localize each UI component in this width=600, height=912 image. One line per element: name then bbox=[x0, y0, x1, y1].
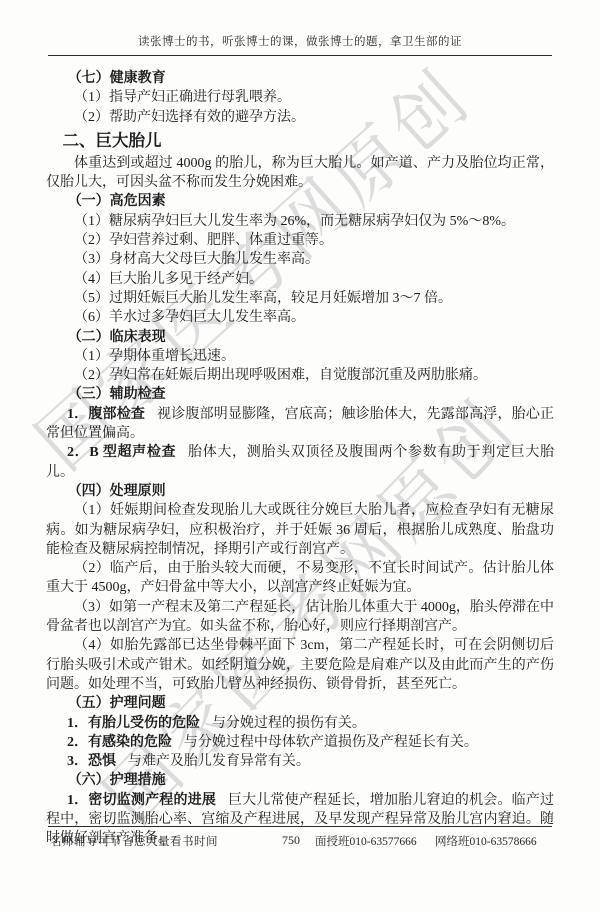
numbered-item: 2．有感染的危险与分娩过程中母体软产道损伤及产程延长有关。 bbox=[46, 733, 554, 752]
paragraph: （1）指导产妇正确进行母乳喂养。 bbox=[46, 88, 554, 107]
section-heading: （七）健康教育 bbox=[46, 69, 554, 88]
header-slogan: 读张博士的书，听张博士的课，做张博士的题，拿卫生部的证 bbox=[48, 33, 552, 49]
paragraph: （2）临产后，由于胎头较大而硬，不易变形，不宜长时间试产。估计胎儿体重大于 45… bbox=[46, 559, 554, 598]
section-heading: （四）处理原则 bbox=[46, 482, 554, 501]
paragraph: （2）孕妇常在妊娠后期出现呼吸困难，自觉腹部沉重及两肋胀痛。 bbox=[46, 366, 554, 385]
item-lead: 2．有感染的危险 bbox=[67, 735, 172, 750]
section-heading: （六）护理措施 bbox=[46, 771, 554, 790]
online-class-phone: 网络班010-63578666 bbox=[435, 833, 537, 849]
paragraph: （3）如第一产程末及第二产程延长，估计胎儿体重大于 4000g，胎头停滞在中骨盆… bbox=[46, 598, 554, 637]
footer-slogan: 名师辅导可节省您大量看书时间 bbox=[50, 833, 218, 849]
chapter-title: 二、巨大胎儿 bbox=[46, 130, 554, 152]
paragraph: （1）妊娠期间检查发现胎儿大或既往分娩巨大胎儿者，应检查孕妇有无糖尿病。如为糖尿… bbox=[46, 501, 554, 559]
scanned-page: 国家医考网原创 国家医考网原创 读张博士的书，听张博士的课，做张博士的题，拿卫生… bbox=[0, 0, 600, 912]
onsite-class-phone: 面授班010-63577666 bbox=[315, 833, 417, 849]
paragraph: （1）糖尿病孕妇巨大儿发生率为 26%，而无糖尿病孕妇仅为 5%～8%。 bbox=[46, 212, 554, 231]
numbered-item: 1．有胎儿受伤的危险与分娩过程的损伤有关。 bbox=[46, 714, 554, 733]
item-lead: 1．腹部检查 bbox=[67, 407, 145, 422]
item-lead: 1．密切监测产程的进展 bbox=[67, 793, 216, 808]
paragraph: （3）身材高大父母巨大胎儿发生率高。 bbox=[46, 250, 554, 269]
section-heading: （五）护理问题 bbox=[46, 694, 554, 713]
numbered-item: 2．B 型超声检查胎体大，测胎头双顶径及腹围两个参数有助于判定巨大胎儿。 bbox=[46, 443, 554, 482]
numbered-item: 3．恐惧与难产及胎儿发育异常有关。 bbox=[46, 752, 554, 771]
item-lead: 2．B 型超声检查 bbox=[67, 445, 176, 460]
section-heading: （二）临床表现 bbox=[46, 328, 554, 347]
paragraph: 体重达到或超过 4000g 的胎儿，称为巨大胎儿。如产道、产力及胎位均正常，仅胎… bbox=[46, 154, 554, 193]
paragraph: （2）帮助产妇选择有效的避孕方法。 bbox=[46, 108, 554, 127]
document-body: （七）健康教育（1）指导产妇正确进行母乳喂养。（2）帮助产妇选择有效的避孕方法。… bbox=[46, 69, 554, 849]
paragraph: （2）孕妇营养过剩、肥胖、体重过重等。 bbox=[46, 231, 554, 250]
paragraph: （4）巨大胎儿多见于经产妇。 bbox=[46, 270, 554, 289]
paragraph: （1）孕期体重增长迅速。 bbox=[46, 347, 554, 366]
numbered-item: 1．腹部检查视诊腹部明显膨隆，宫底高；触诊胎体大，先露部高浮，胎心正常但位置偏高… bbox=[46, 405, 554, 444]
paragraph: （5）过期妊娠巨大胎儿发生率高，较足月妊娠增加 3～7 倍。 bbox=[46, 289, 554, 308]
page-footer: 名师辅导可节省您大量看书时间 750 面授班010-63577666 网络班01… bbox=[48, 826, 552, 856]
section-heading: （一）高危因素 bbox=[46, 192, 554, 211]
paragraph: （4）如胎先露部已达坐骨棘平面下 3cm，第二产程延长时，可在会阴侧切后行胎头吸… bbox=[46, 636, 554, 694]
section-heading: （三）辅助检查 bbox=[46, 385, 554, 404]
page-header: 读张博士的书，听张博士的课，做张博士的题，拿卫生部的证 bbox=[48, 33, 552, 56]
page-number: 750 bbox=[270, 833, 312, 848]
item-lead: 3．恐惧 bbox=[67, 754, 116, 769]
paragraph: （6）羊水过多孕妇巨大儿发生率高。 bbox=[46, 308, 554, 327]
item-lead: 1．有胎儿受伤的危险 bbox=[67, 716, 200, 731]
